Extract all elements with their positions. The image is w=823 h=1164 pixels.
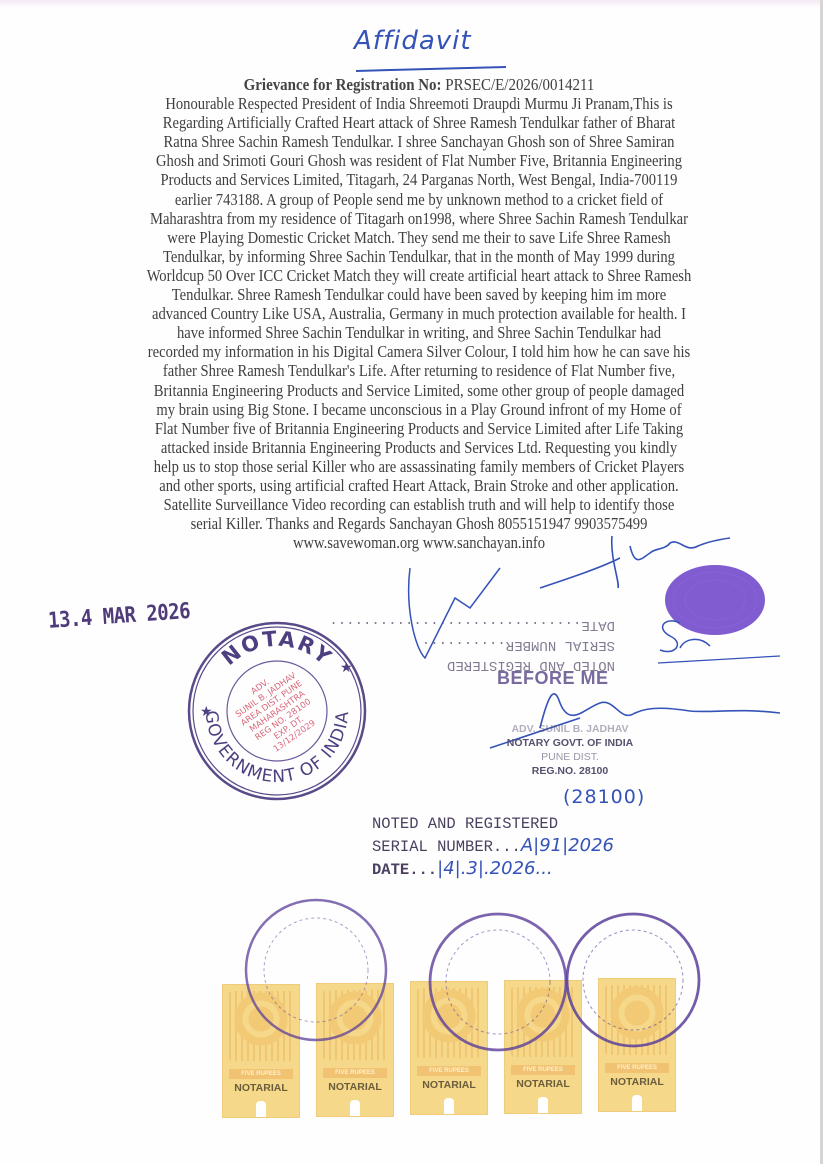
stamp-label: NOTARIAL: [317, 1081, 393, 1093]
stamp-label: NOTARIAL: [505, 1078, 581, 1090]
noted-heading: NOTED AND REGISTERED: [372, 813, 614, 835]
grievance-body: Grievance for Registration No: PRSEC/E/2…: [107, 75, 732, 552]
emblem-icon: [350, 1100, 360, 1116]
body-line: have informed Shree Sachin Tendulkar in …: [107, 323, 732, 342]
body-paragraph: Honourable Respected President of India …: [107, 94, 732, 552]
emblem-art: [417, 988, 481, 1058]
serial-label: SERIAL NUMBER...: [372, 838, 521, 856]
initials-signature: [660, 621, 710, 652]
body-line: www.savewoman.org www.sanchayan.info: [107, 533, 732, 552]
body-line: Flat Number five of Britannia Engineerin…: [107, 419, 732, 438]
svg-text:★: ★: [340, 660, 353, 676]
grievance-heading: Grievance for Registration No: PRSEC/E/2…: [107, 75, 732, 94]
body-line: Ratna Shree Sachin Ramesh Tendulkar. I s…: [107, 132, 732, 151]
body-line: Honourable Respected President of India …: [107, 94, 732, 113]
emblem-art: [229, 991, 293, 1061]
inverted-stamp-line: SERIAL NUMBER..........: [355, 635, 615, 655]
noted-register-stamp: NOTED AND REGISTERED SERIAL NUMBER...A|9…: [372, 813, 614, 881]
emblem-icon: [632, 1095, 642, 1111]
inverted-register-stamp: NOTED AND REGISTEREDSERIAL NUMBER.......…: [355, 580, 615, 675]
body-line: attacked inside Britannia Engineering Pr…: [107, 438, 732, 457]
stamp-denomination: FIVE RUPEES: [605, 1063, 669, 1073]
inverted-stamp-line: DATE..............................: [355, 615, 615, 635]
notary-reg: REG.NO. 28100: [470, 764, 670, 778]
revenue-stamp: FIVE RUPEESNOTARIAL: [316, 983, 394, 1117]
body-line: Maharashtra from my residence of Titagar…: [107, 209, 732, 228]
body-line: Satellite Surveillance Video recording c…: [107, 495, 732, 514]
emblem-art: [605, 985, 669, 1055]
notary-name: ADV. SUNIL B. JADHAV: [470, 722, 670, 736]
notary-seal: NOTARY GOVERNMENT OF INDIA ★ ★ ADV.SUNIL…: [186, 620, 368, 802]
stamp-denomination: FIVE RUPEES: [229, 1069, 293, 1079]
body-line: were Playing Domestic Cricket Match. The…: [107, 228, 732, 247]
emblem-art: [323, 990, 387, 1060]
body-line: serial Killer. Thanks and Regards Sancha…: [107, 514, 732, 533]
stamp-label: NOTARIAL: [599, 1076, 675, 1088]
emblem-icon: [444, 1098, 454, 1114]
date-value: |4|.3|.2026...: [437, 858, 553, 879]
body-line: Britannia Engineering Products and Servi…: [107, 381, 732, 400]
stamp-denomination: FIVE RUPEES: [417, 1066, 481, 1076]
registration-number: PRSEC/E/2026/0014211: [445, 75, 594, 94]
body-line: recorded my information in his Digital C…: [107, 342, 732, 361]
stamp-denomination: FIVE RUPEES: [323, 1068, 387, 1078]
body-line: and other sports, using artificial craft…: [107, 476, 732, 495]
title-underline: [356, 66, 506, 72]
body-line: Tendulkar. Shree Ramesh Tendulkar could …: [107, 285, 732, 304]
notary-title: NOTARY GOVT. OF INDIA: [470, 736, 670, 750]
handwritten-reg-number: (28100): [563, 786, 645, 808]
body-line: Products and Services Limited, Titagarh,…: [107, 170, 732, 189]
revenue-stamp: FIVE RUPEESNOTARIAL: [410, 981, 488, 1115]
stamp-label: NOTARIAL: [223, 1082, 299, 1094]
heading-label: Grievance for Registration No:: [244, 75, 442, 94]
body-line: father Shree Ramesh Tendulkar's Life. Af…: [107, 361, 732, 380]
notary-details-stamp: ADV. SUNIL B. JADHAV NOTARY GOVT. OF IND…: [470, 722, 670, 778]
revenue-stamp: FIVE RUPEESNOTARIAL: [222, 984, 300, 1118]
page-top-edge: [0, 0, 823, 8]
fingerprint: [665, 565, 765, 635]
body-line: Worldcup 50 Over ICC Cricket Match they …: [107, 266, 732, 285]
emblem-icon: [256, 1101, 266, 1117]
handwritten-title: Affidavit: [354, 26, 472, 56]
stamp-label: NOTARIAL: [411, 1079, 487, 1091]
emblem-icon: [538, 1097, 548, 1113]
stamp-denomination: FIVE RUPEES: [511, 1065, 575, 1075]
body-line: my brain using Big Stone. I became uncon…: [107, 400, 732, 419]
before-me-stamp: BEFORE ME: [497, 668, 609, 689]
body-line: Ghosh and Srimoti Gouri Ghosh was reside…: [107, 151, 732, 170]
serial-value: A|91|2026: [521, 835, 614, 856]
date-stamp: 13.4 MAR 2026: [47, 598, 191, 633]
body-line: earlier 743188. A group of People send m…: [107, 190, 732, 209]
notary-district: PUNE DIST.: [470, 750, 670, 764]
body-line: advanced Country Like USA, Australia, Ge…: [107, 304, 732, 323]
revenue-stamp: FIVE RUPEESNOTARIAL: [598, 978, 676, 1112]
svg-text:★: ★: [200, 704, 213, 720]
revenue-stamp: FIVE RUPEESNOTARIAL: [504, 980, 582, 1114]
emblem-art: [511, 987, 575, 1057]
body-line: Tendulkar, by informing Shree Sachin Ten…: [107, 247, 732, 266]
body-line: Regarding Artificially Crafted Heart att…: [107, 113, 732, 132]
date-label: DATE...: [372, 861, 437, 879]
body-line: help us to stop those serial Killer who …: [107, 457, 732, 476]
